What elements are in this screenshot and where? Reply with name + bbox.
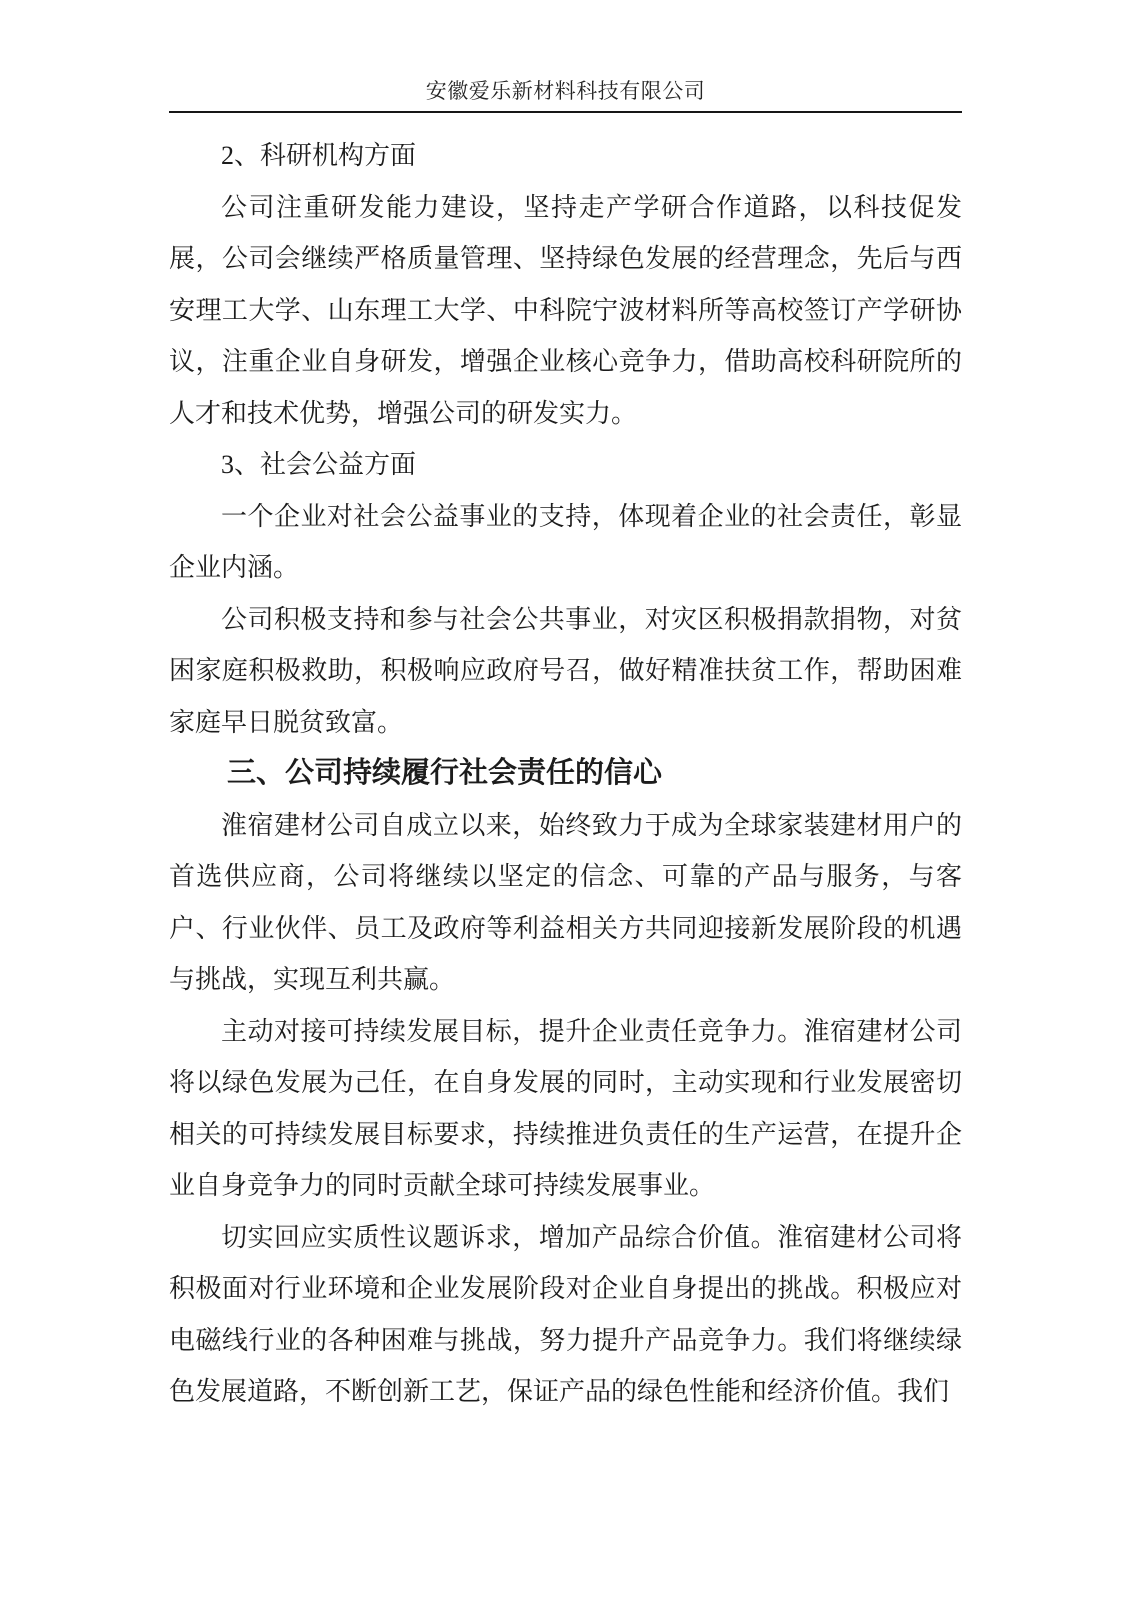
paragraph-product-value-challenges: 切实回应实质性议题诉求，增加产品综合价值。淮宿建材公司将积极面对行业环境和企业发… bbox=[169, 1212, 962, 1418]
paragraph-welfare-intro: 一个企业对社会公益事业的支持，体现着企业的社会责任，彰显企业内涵。 bbox=[169, 491, 962, 594]
subheading-public-welfare: 3、社会公益方面 bbox=[169, 439, 962, 491]
header-company-name: 安徽爱乐新材料科技有限公司 bbox=[169, 0, 962, 102]
paragraph-research-capability: 公司注重研发能力建设，坚持走产学研合作道路，以科技促发展，公司会继续严格质量管理… bbox=[169, 182, 962, 440]
header-rule bbox=[169, 111, 962, 113]
paragraph-welfare-actions: 公司积极支持和参与社会公共事业，对灾区积极捐款捐物，对贫困家庭积极救助，积极响应… bbox=[169, 594, 962, 749]
document-body: 2、科研机构方面 公司注重研发能力建设，坚持走产学研合作道路，以科技促发展，公司… bbox=[169, 130, 962, 1418]
page-header: 安徽爱乐新材料科技有限公司 bbox=[169, 0, 962, 113]
paragraph-company-vision: 淮宿建材公司自成立以来，始终致力于成为全球家装建材用户的首选供应商，公司将继续以… bbox=[169, 800, 962, 1006]
heading-social-responsibility-confidence: 三、公司持续履行社会责任的信心 bbox=[169, 748, 962, 800]
subheading-research-institutions: 2、科研机构方面 bbox=[169, 130, 962, 182]
paragraph-sustainable-development: 主动对接可持续发展目标，提升企业责任竞争力。淮宿建材公司将以绿色发展为己任，在自… bbox=[169, 1006, 962, 1212]
document-page: 安徽爱乐新材料科技有限公司 2、科研机构方面 公司注重研发能力建设，坚持走产学研… bbox=[0, 0, 1131, 1600]
